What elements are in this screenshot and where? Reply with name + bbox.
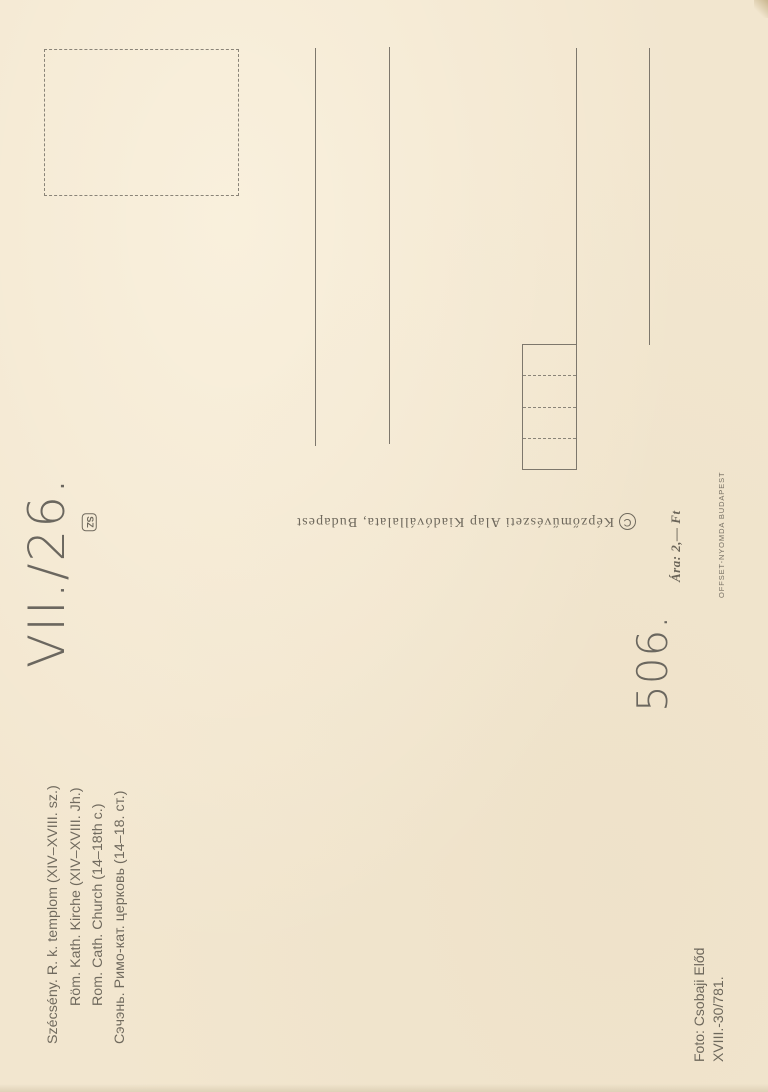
photographer-name: Foto: Csobaji Előd <box>690 948 709 1062</box>
postal-code-cell-divider <box>523 375 576 376</box>
photo-credit: Foto: Csobaji Előd XVIII.-30/781. <box>690 948 728 1062</box>
copyright-icon: C <box>619 513 636 530</box>
address-line-3 <box>576 48 577 345</box>
sz-logo-text: SZ <box>82 513 97 531</box>
caption-english: Rom. Cath. Church (14–18th c.) <box>90 803 106 1006</box>
paper-corner-shade <box>754 0 768 18</box>
postal-code-cell-divider <box>523 438 576 439</box>
publisher-text: Képzőművészeti Alap Kiadóvállalata, Buda… <box>296 514 614 529</box>
printer-credit: OFFSET-NYOMDA BUDAPEST <box>717 472 726 598</box>
handwritten-number: 506. <box>628 614 677 712</box>
price-label: Ára: 2,— Ft <box>668 510 684 582</box>
catalog-number: XVIII.-30/781. <box>709 948 728 1062</box>
postal-code-box <box>522 344 577 470</box>
caption-russian: Сэчэнь. Римо-кат. церковь (14–18. ст.) <box>112 791 128 1044</box>
postal-code-cell-divider <box>523 407 576 408</box>
stamp-area <box>44 49 239 196</box>
address-line-1 <box>315 48 316 446</box>
handwritten-date: VII./26. <box>18 476 76 668</box>
address-line-2 <box>389 47 390 444</box>
caption-german: Röm. Kath. Kirche (XIV–XVIII. Jh.) <box>68 787 84 1006</box>
address-line-4 <box>649 48 650 345</box>
caption-hungarian: Szécsény. R. k. templom (XIV–XVIII. sz.) <box>45 785 61 1044</box>
sz-logo: SZ <box>82 513 100 531</box>
publisher-credit: CKépzőművészeti Alap Kiadóvállalata, Bud… <box>126 510 636 532</box>
paper-edge-shade <box>0 1084 768 1092</box>
